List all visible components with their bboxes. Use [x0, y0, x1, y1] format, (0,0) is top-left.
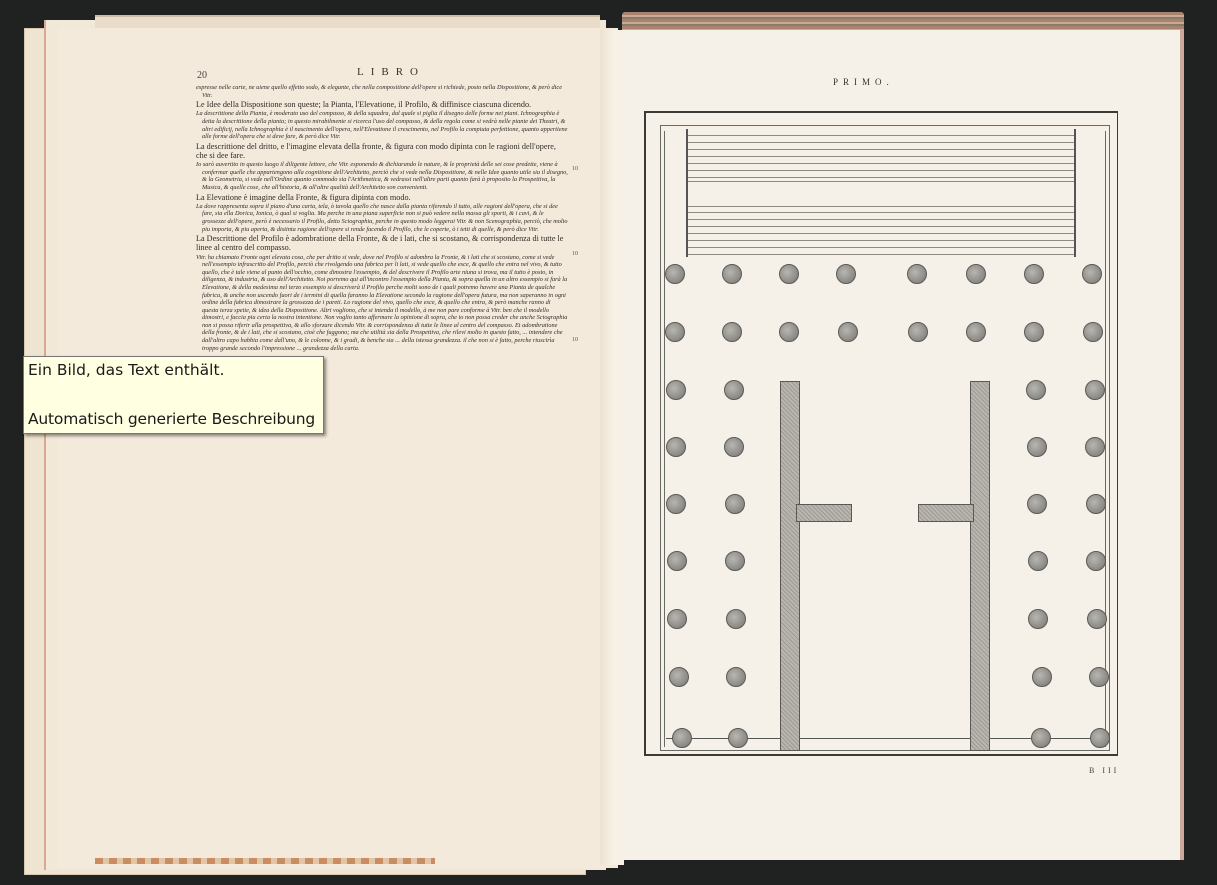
cella-wall-right	[970, 381, 990, 751]
column-icon	[1027, 494, 1047, 514]
column-icon	[1085, 437, 1105, 457]
column-icon	[667, 551, 687, 571]
column-icon	[1090, 728, 1110, 748]
paragraph: Io sarò auvertito in questo luogo il dil…	[196, 161, 568, 191]
column-icon	[779, 322, 799, 342]
book-bottom-edge	[95, 858, 435, 864]
running-head: LIBRO	[357, 66, 425, 78]
column-icon	[667, 609, 687, 629]
column-icon	[779, 264, 799, 284]
column-icon	[724, 380, 744, 400]
column-icon	[724, 437, 744, 457]
column-icon	[665, 322, 685, 342]
column-icon	[726, 609, 746, 629]
column-icon	[1086, 494, 1106, 514]
column-icon	[722, 264, 742, 284]
column-icon	[725, 494, 745, 514]
column-icon	[1024, 264, 1044, 284]
alt-text-tooltip: Ein Bild, das Text enthält. Automatisch …	[23, 356, 324, 434]
paragraph: espresse nelle carte, ne uiene quello ef…	[196, 84, 568, 99]
column-icon	[1083, 322, 1103, 342]
paragraph: La dove rappresenta sopra il piano d'una…	[196, 203, 568, 233]
column-icon	[966, 264, 986, 284]
cella-cross-wall-left	[796, 504, 852, 522]
column-icon	[838, 322, 858, 342]
column-icon	[1024, 322, 1044, 342]
paragraph: La Descrittione del Profilo è adombratio…	[196, 234, 568, 252]
column-icon	[1032, 667, 1052, 687]
margin-number: 10	[572, 337, 578, 343]
running-head: PRIMO.	[833, 77, 894, 87]
column-icon	[836, 264, 856, 284]
column-icon	[1026, 380, 1046, 400]
column-icon	[966, 322, 986, 342]
column-icon	[1089, 667, 1109, 687]
column-icon	[666, 494, 686, 514]
tooltip-subcaption: Automatisch generierte Beschreibung	[28, 410, 315, 428]
plan-steps-hatching	[686, 129, 1076, 257]
column-icon	[1027, 437, 1047, 457]
column-icon	[672, 728, 692, 748]
column-icon	[1085, 380, 1105, 400]
book-gutter	[600, 30, 624, 865]
column-icon	[669, 667, 689, 687]
column-icon	[1028, 609, 1048, 629]
paragraph: La descrittione del dritto, e l'imagine …	[196, 142, 568, 160]
column-icon	[665, 264, 685, 284]
column-icon	[666, 437, 686, 457]
signature-mark: B III	[1089, 766, 1119, 775]
column-icon	[1028, 551, 1048, 571]
margin-number: 10	[572, 166, 578, 172]
tooltip-caption: Ein Bild, das Text enthält.	[28, 361, 224, 379]
column-icon	[725, 551, 745, 571]
document-viewer: 20 LIBRO espresse nelle carte, ne uiene …	[0, 0, 1217, 885]
column-icon	[1086, 551, 1106, 571]
column-icon	[907, 264, 927, 284]
column-icon	[908, 322, 928, 342]
column-icon	[666, 380, 686, 400]
page-number: 20	[197, 70, 207, 81]
column-icon	[1031, 728, 1051, 748]
column-icon	[1087, 609, 1107, 629]
paragraph: Le Idee della Dispositione son queste; l…	[196, 100, 568, 109]
paragraph: La descrittione della Pianta, è moderato…	[196, 110, 568, 140]
column-icon	[722, 322, 742, 342]
column-icon	[1082, 264, 1102, 284]
book-fore-edge	[622, 12, 1184, 32]
cella-cross-wall-right	[918, 504, 974, 522]
body-text: espresse nelle carte, ne uiene quello ef…	[196, 84, 568, 353]
column-icon	[726, 667, 746, 687]
column-icon	[728, 728, 748, 748]
paragraph: La Elevatione è imagine della Fronte, & …	[196, 193, 568, 202]
paragraph: Vitr. ha chiamato Fronte ogni elevata co…	[196, 254, 568, 353]
cella-wall-left	[780, 381, 800, 751]
margin-number: 10	[572, 251, 578, 257]
